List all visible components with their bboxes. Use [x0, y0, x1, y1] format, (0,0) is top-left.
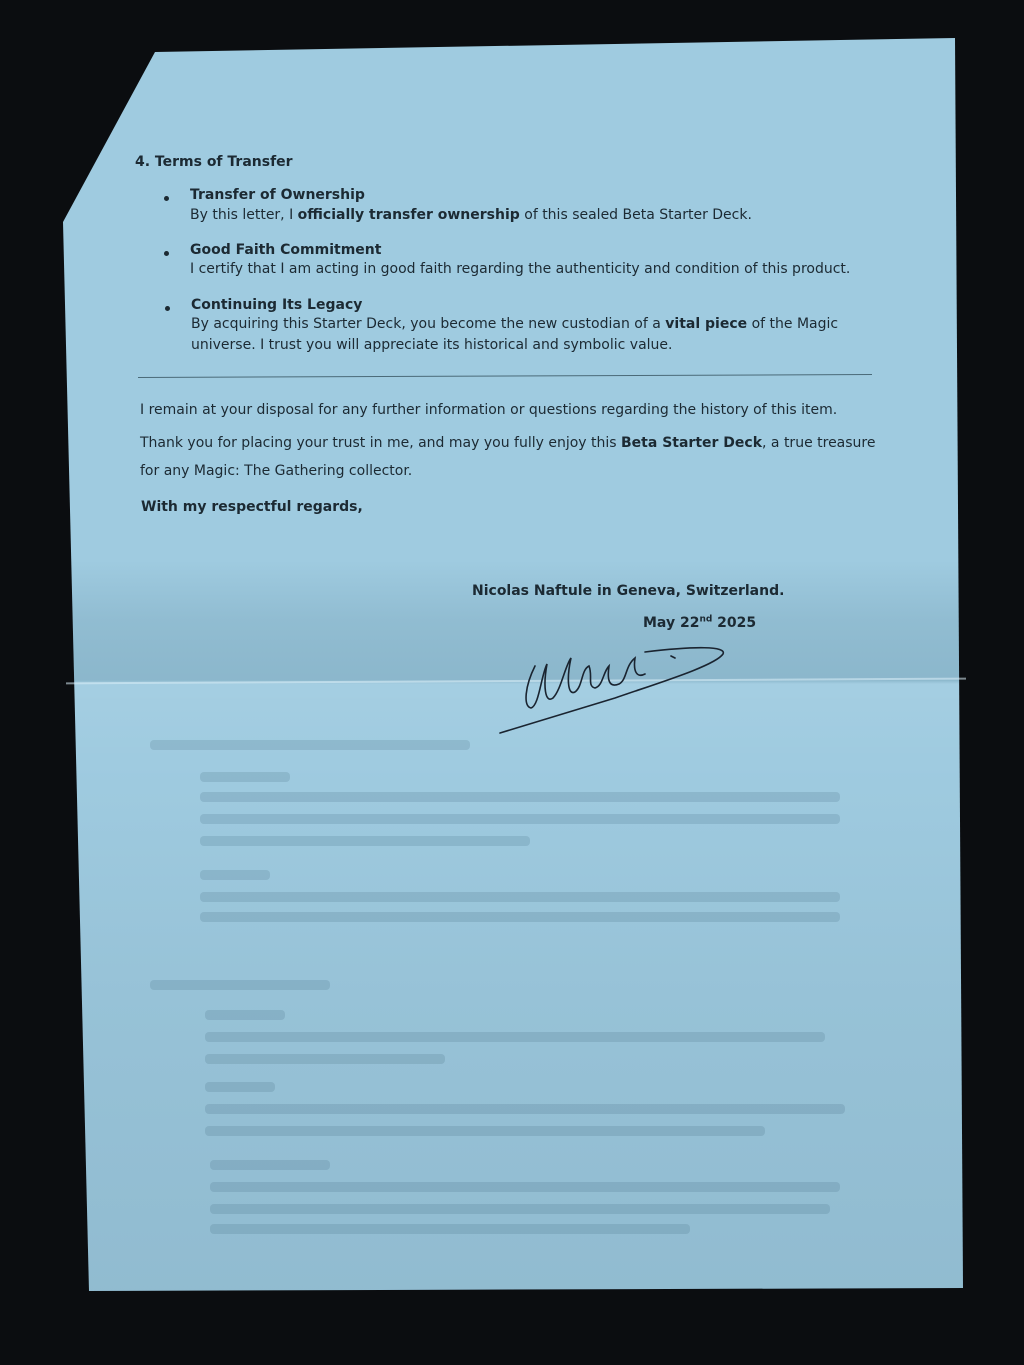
bleed-through-text: [200, 772, 290, 782]
bleed-through-text: [200, 792, 840, 802]
bullet-icon: [165, 306, 170, 311]
signature-date: May 22nd 2025: [643, 612, 756, 634]
bleed-through-text: [150, 980, 330, 990]
bleed-through-text: [205, 1010, 285, 1020]
bullet-icon: [164, 196, 169, 201]
signer-name-location: Nicolas Naftule in Geneva, Switzerland.: [472, 580, 784, 602]
bullet-icon: [164, 251, 169, 256]
closing-paragraph-1: I remain at your disposal for any furthe…: [140, 399, 837, 421]
bleed-through-text: [200, 836, 530, 846]
item-body-good-faith: I certify that I am acting in good faith…: [190, 258, 850, 280]
bleed-through-text: [210, 1224, 690, 1234]
bleed-through-text: [200, 814, 840, 824]
closing-paragraph-2-line1: Thank you for placing your trust in me, …: [140, 432, 876, 454]
closing-paragraph-2-line2: for any Magic: The Gathering collector.: [140, 460, 412, 482]
bleed-through-text: [205, 1104, 845, 1114]
item-body-legacy-line1: By acquiring this Starter Deck, you beco…: [191, 313, 838, 335]
bleed-through-text: [200, 912, 840, 922]
bleed-through-text: [150, 740, 470, 750]
bleed-through-text: [205, 1082, 275, 1092]
bleed-through-text: [205, 1032, 825, 1042]
item-body-transfer-ownership: By this letter, I officially transfer ow…: [190, 204, 752, 226]
signature-icon: [495, 636, 735, 736]
bleed-through-text: [200, 892, 840, 902]
bleed-through-text: [210, 1182, 840, 1192]
bleed-through-text: [200, 870, 270, 880]
regards-line: With my respectful regards,: [141, 496, 363, 518]
bleed-through-text: [205, 1054, 445, 1064]
section-heading: 4. Terms of Transfer: [135, 151, 293, 173]
item-title-transfer-ownership: Transfer of Ownership: [190, 184, 365, 206]
bleed-through-text: [210, 1160, 330, 1170]
bleed-through-text: [210, 1204, 830, 1214]
item-body-legacy-line2: universe. I trust you will appreciate it…: [191, 334, 672, 356]
bleed-through-text: [205, 1126, 765, 1136]
